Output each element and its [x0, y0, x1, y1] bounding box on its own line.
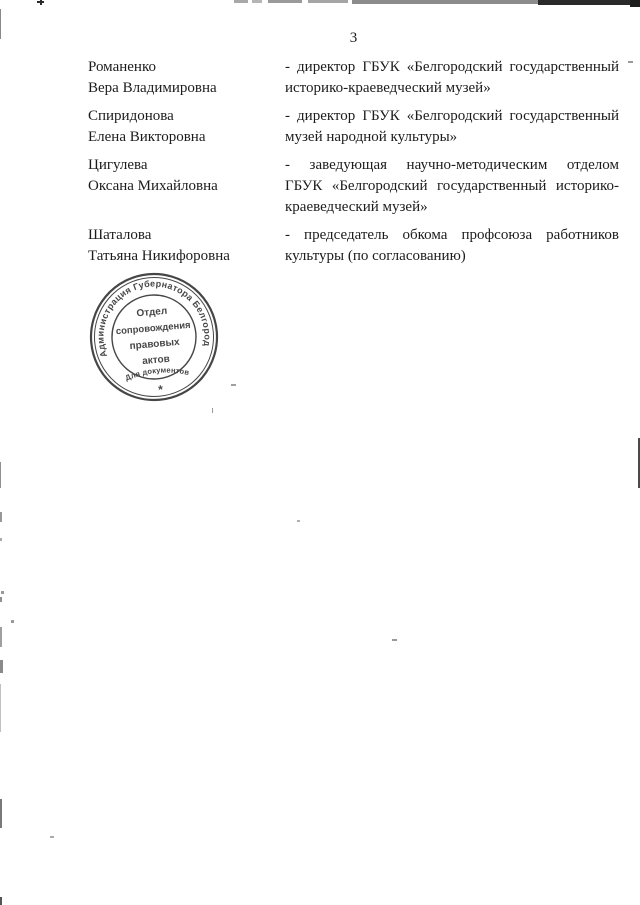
- scan-artifact: [0, 660, 3, 673]
- scan-artifact: [0, 799, 2, 828]
- text-block: 3 РоманенкоВера Владимировна- директор Г…: [88, 28, 619, 274]
- entries: РоманенкоВера Владимировна- директор ГБУ…: [88, 57, 619, 267]
- stamp-center-line-4: актов: [142, 354, 170, 367]
- scan-artifact: [268, 0, 302, 3]
- entry-row: СпиридоноваЕлена Викторовна- директор ГБ…: [88, 106, 619, 148]
- scan-artifact: [234, 0, 248, 3]
- scan-artifact: [0, 684, 1, 732]
- position-line: - директор ГБУК «Белгородский государств…: [285, 57, 619, 78]
- position-line: музей народной культуры»: [285, 127, 619, 148]
- entry-row: ЦигулеваОксана Михайловна- заведующая на…: [88, 155, 619, 218]
- page-number: 3: [88, 28, 619, 49]
- scan-artifact: [1, 591, 4, 594]
- person-name-line: Цигулева: [88, 155, 285, 176]
- person-position: - председатель обкома профсоюза работник…: [285, 225, 619, 267]
- person-name: СпиридоноваЕлена Викторовна: [88, 106, 285, 148]
- scan-artifact: [0, 9, 1, 39]
- document-page: 3 РоманенкоВера Владимировна- директор Г…: [0, 0, 640, 905]
- scan-artifact: [252, 0, 262, 3]
- scan-artifact: [0, 627, 2, 647]
- stamp-center-line-2: сопровождения: [115, 320, 191, 337]
- person-name-line: Елена Викторовна: [88, 127, 285, 148]
- scan-artifact: [630, 0, 640, 7]
- person-name: РоманенкоВера Владимировна: [88, 57, 285, 99]
- position-line: краеведческий музей»: [285, 197, 619, 218]
- person-name: ЦигулеваОксана Михайловна: [88, 155, 285, 218]
- person-name-line: Романенко: [88, 57, 285, 78]
- person-position: - директор ГБУК «Белгородский государств…: [285, 57, 619, 99]
- person-name-line: Вера Владимировна: [88, 78, 285, 99]
- scan-artifact: [297, 520, 300, 522]
- stamp-star: *: [158, 382, 164, 396]
- stamp-center-line-3: правовых: [129, 337, 180, 352]
- person-name-line: Шаталова: [88, 225, 285, 246]
- official-stamp: Администрация Губернатора Белгородской о…: [85, 268, 223, 406]
- position-line: - заведующая научно-методическим отделом: [285, 155, 619, 176]
- position-line: - председатель обкома профсоюза работник…: [285, 225, 619, 246]
- person-name-line: Татьяна Никифоровна: [88, 246, 285, 267]
- scan-artifact: [50, 836, 54, 838]
- scan-artifact: [37, 1, 44, 3]
- scan-artifact: [308, 0, 348, 3]
- scan-artifact: [0, 462, 1, 488]
- person-name: ШаталоваТатьяна Никифоровна: [88, 225, 285, 267]
- person-position: - директор ГБУК «Белгородский государств…: [285, 106, 619, 148]
- stamp-bottom-arc-text: Для документов: [123, 363, 191, 383]
- position-line: культуры (по согласованию): [285, 246, 619, 267]
- scan-artifact: [212, 408, 213, 413]
- person-name-line: Оксана Михайловна: [88, 176, 285, 197]
- scan-artifact: [11, 620, 14, 623]
- scan-artifact: [392, 639, 397, 641]
- scan-artifact: [628, 61, 633, 63]
- entry-row: РоманенкоВера Владимировна- директор ГБУ…: [88, 57, 619, 99]
- entry-row: ШаталоваТатьяна Никифоровна- председател…: [88, 225, 619, 267]
- scan-artifact: [231, 384, 236, 386]
- position-line: - директор ГБУК «Белгородский государств…: [285, 106, 619, 127]
- stamp-center-line-1: Отдел: [136, 306, 168, 320]
- scan-artifact: [352, 0, 540, 4]
- position-line: историко-краеведческий музей»: [285, 78, 619, 99]
- scan-artifact: [538, 0, 640, 5]
- scan-artifact: [0, 597, 2, 602]
- person-position: - заведующая научно-методическим отделом…: [285, 155, 619, 218]
- scan-artifact: [0, 538, 2, 541]
- stamp-outer-ring: [86, 269, 223, 406]
- scan-artifact: [0, 512, 2, 522]
- position-line: ГБУК «Белгородский государственный истор…: [285, 176, 619, 197]
- scan-artifact: [0, 897, 2, 905]
- person-name-line: Спиридонова: [88, 106, 285, 127]
